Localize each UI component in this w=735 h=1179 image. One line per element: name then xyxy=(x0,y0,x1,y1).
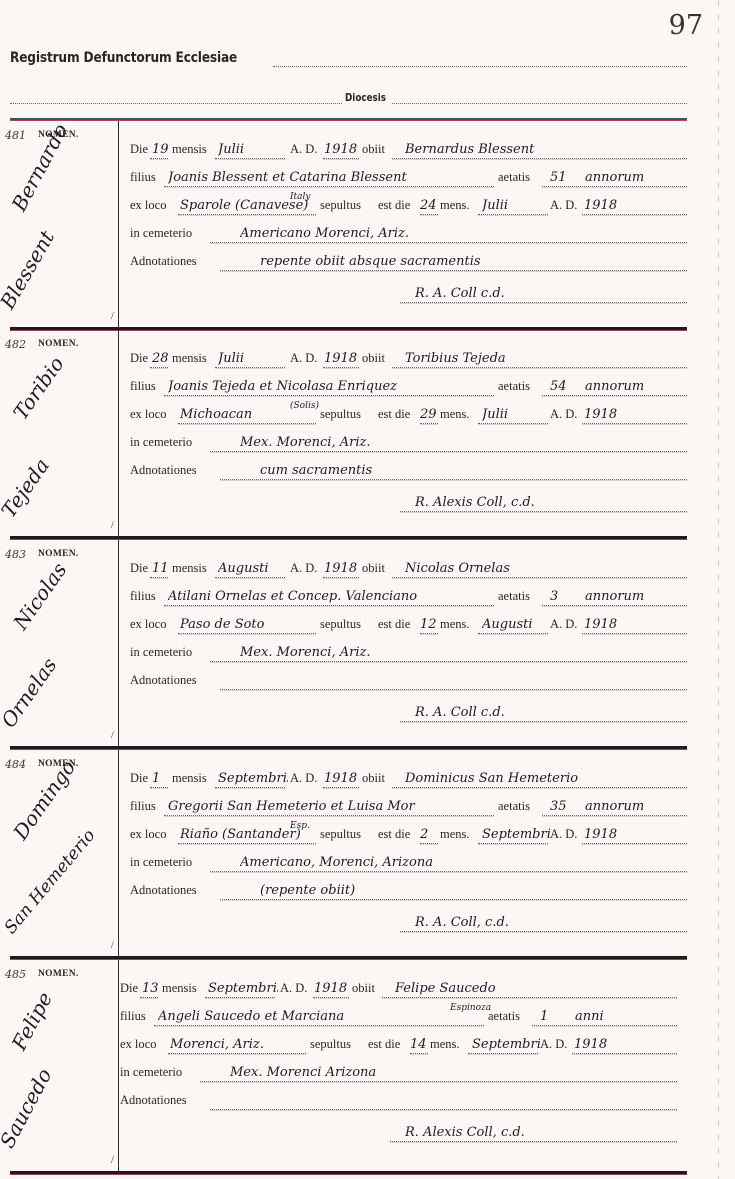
entry-rule xyxy=(10,1171,687,1174)
ex-loco-label: ex loco xyxy=(130,407,166,422)
burial-day: 24 xyxy=(420,198,440,213)
est-die-label: est die xyxy=(378,827,410,842)
mens-label: mens. xyxy=(440,617,470,632)
notes-row: Adnotationes (repente obiit) xyxy=(130,880,687,900)
mensis-label: mensis xyxy=(172,142,207,157)
parents-row: filius Atilani Ornelas et Concep. Valenc… xyxy=(130,586,687,606)
death-day: 13 xyxy=(142,981,160,996)
est-die-label: est die xyxy=(378,617,410,632)
filius-label: filius xyxy=(130,170,156,185)
parents-names: Atilani Ornelas et Concep. Valenciano xyxy=(168,589,493,604)
adnotationes-label: Adnotationes xyxy=(130,254,197,269)
cemetery-name: Mex. Morenci, Ariz. xyxy=(240,645,680,660)
check-mark: / xyxy=(111,940,114,951)
aetatis-label: aetatis xyxy=(488,1009,520,1024)
entry-number: 484 xyxy=(5,758,26,771)
filius-label: filius xyxy=(120,1009,146,1024)
sepultus-label: sepultus xyxy=(320,827,361,842)
cemetery-row: in cemeterio Mex. Morenci Arizona xyxy=(120,1062,677,1082)
ex-loco-label: ex loco xyxy=(130,827,166,842)
die-label: Die xyxy=(130,142,148,157)
death-day: 11 xyxy=(152,561,170,576)
origin-place: Morenci, Ariz. xyxy=(170,1037,306,1052)
ad-label: A. D. xyxy=(290,351,317,366)
burial-day: 29 xyxy=(420,407,440,422)
die-label: Die xyxy=(130,351,148,366)
adnotationes-label: Adnotationes xyxy=(130,883,197,898)
signature-row: R. A. Coll, c.d. xyxy=(130,912,687,932)
notes-row: Adnotationes xyxy=(120,1090,677,1110)
ad-label: A. D. xyxy=(280,981,307,996)
priest-signature: R. A. Coll, c.d. xyxy=(415,915,685,930)
burial-day: 14 xyxy=(410,1037,430,1052)
parents-names: Joanis Tejeda et Nicolasa Enriquez xyxy=(168,379,493,394)
sepultus-label: sepultus xyxy=(320,617,361,632)
filius-label: filius xyxy=(130,589,156,604)
entry-number: 481 xyxy=(5,129,26,142)
age-value: 35 xyxy=(550,799,580,814)
parents-names: Gregorii San Hemeterio et Luisa Mor xyxy=(168,799,493,814)
origin-burial-row: ex loco Michoacan (Solis) sepultus est d… xyxy=(130,404,687,424)
check-mark: / xyxy=(111,730,114,741)
ad-label: A. D. xyxy=(290,771,317,786)
death-date-row: Die 13 mensis Septembris A. D. 1918 obii… xyxy=(120,978,677,998)
parents-row: filius Gregorii San Hemeterio et Luisa M… xyxy=(130,796,687,816)
cemetery-name: Americano, Morenci, Arizona xyxy=(240,855,680,870)
death-day: 19 xyxy=(152,142,170,157)
obiit-label: obiit xyxy=(362,561,385,576)
parents-names: Angeli Saucedo et Marciana xyxy=(158,1009,483,1024)
ex-loco-label: ex loco xyxy=(120,1037,156,1052)
register-entry: 482 NOMEN. Toribio Tejeda / Die 28 mensi… xyxy=(0,330,735,540)
mens-label: mens. xyxy=(440,407,470,422)
notes-row: Adnotationes cum sacramentis xyxy=(130,460,687,480)
death-year: 1918 xyxy=(314,981,350,996)
entry-rule xyxy=(10,956,687,959)
aetatis-label: aetatis xyxy=(498,379,530,394)
notes-text: (repente obiit) xyxy=(260,883,680,898)
ex-loco-label: ex loco xyxy=(130,617,166,632)
burial-year: 1918 xyxy=(584,198,644,213)
side-last-name: Blessent xyxy=(0,226,59,313)
est-die-label: est die xyxy=(378,198,410,213)
burial-year: 1918 xyxy=(584,827,644,842)
burial-month: Julii xyxy=(482,407,550,422)
parents-names: Joanis Blessent et Catarina Blessent xyxy=(168,170,493,185)
death-date-row: Die 11 mensis Augusti A. D. 1918 obiit N… xyxy=(130,558,687,578)
notes-row: Adnotationes repente obiit absque sacram… xyxy=(130,251,687,271)
church-blank-line xyxy=(273,66,687,67)
ex-loco-label: ex loco xyxy=(130,198,166,213)
entry-number: 485 xyxy=(5,968,26,981)
deceased-name: Dominicus San Hemeterio xyxy=(405,771,687,786)
burial-month: Julii xyxy=(482,198,550,213)
diocese-label: Diocesis xyxy=(345,91,386,104)
burial-day: 2 xyxy=(420,827,440,842)
priest-signature: R. A. Coll c.d. xyxy=(415,286,685,301)
age-value: 1 xyxy=(540,1009,570,1024)
est-die-label: est die xyxy=(378,407,410,422)
death-month: Julii xyxy=(218,351,288,366)
register-entry: 484 NOMEN. Domingo San Hemeterio / Die 1… xyxy=(0,750,735,960)
diocese-blank-line-left xyxy=(10,103,342,104)
cemetery-label: in cemeterio xyxy=(130,855,192,870)
deceased-name: Nicolas Ornelas xyxy=(405,561,687,576)
signature-row: R. Alexis Coll, c.d. xyxy=(130,492,687,512)
notes-row: Adnotationes xyxy=(130,670,687,690)
est-die-label: est die xyxy=(368,1037,400,1052)
nomen-label: NOMEN. xyxy=(38,339,79,349)
notes-text: repente obiit absque sacramentis xyxy=(260,254,680,269)
side-last-name: Ornelas xyxy=(0,653,61,732)
burial-month: Septembris xyxy=(482,827,550,842)
cemetery-row: in cemeterio Americano Morenci, Ariz. xyxy=(130,223,687,243)
aetatis-label: aetatis xyxy=(498,170,530,185)
age-unit: annorum xyxy=(585,170,685,185)
check-mark: / xyxy=(111,311,114,322)
signature-row: R. A. Coll c.d. xyxy=(130,702,687,722)
sepultus-label: sepultus xyxy=(310,1037,351,1052)
obiit-label: obiit xyxy=(362,142,385,157)
parents-row: filius Joanis Blessent et Catarina Bless… xyxy=(130,167,687,187)
filius-label: filius xyxy=(130,379,156,394)
origin-burial-row: ex loco Morenci, Ariz. sepultus est die … xyxy=(120,1034,677,1054)
origin-burial-row: ex loco Riaño (Santander) Esp. sepultus … xyxy=(130,824,687,844)
burial-year: 1918 xyxy=(574,1037,634,1052)
death-month: Augusti xyxy=(218,561,288,576)
cemetery-label: in cemeterio xyxy=(130,645,192,660)
age-unit: annorum xyxy=(585,379,685,394)
entry-rule xyxy=(10,746,687,749)
register-entry: 483 NOMEN. Nicolas Ornelas / Die 11 mens… xyxy=(0,540,735,750)
filius-label: filius xyxy=(130,799,156,814)
mensis-label: mensis xyxy=(162,981,197,996)
burial-month: Augusti xyxy=(482,617,550,632)
cemetery-label: in cemeterio xyxy=(130,226,192,241)
burial-year: 1918 xyxy=(584,617,644,632)
deceased-name: Toribius Tejeda xyxy=(405,351,687,366)
burial-month: Septembris xyxy=(472,1037,540,1052)
column-divider xyxy=(118,330,119,537)
signature-row: R. A. Coll c.d. xyxy=(130,283,687,303)
mensis-label: mensis xyxy=(172,561,207,576)
origin-burial-row: ex loco Paso de Soto sepultus est die 12… xyxy=(130,614,687,634)
cemetery-name: Mex. Morenci, Ariz. xyxy=(240,435,680,450)
entry-rule xyxy=(10,536,687,539)
register-entry: 481 NOMEN. Bernardo Blessent / Die 19 me… xyxy=(0,121,735,331)
nomen-label: NOMEN. xyxy=(38,969,79,979)
die-label: Die xyxy=(130,561,148,576)
cemetery-name: Americano Morenci, Ariz. xyxy=(240,226,680,241)
cemetery-row: in cemeterio Americano, Morenci, Arizona xyxy=(130,852,687,872)
column-divider xyxy=(118,121,119,328)
cemetery-row: in cemeterio Mex. Morenci, Ariz. xyxy=(130,642,687,662)
check-mark: / xyxy=(111,520,114,531)
priest-signature: R. Alexis Coll, c.d. xyxy=(415,495,685,510)
sepultus-label: sepultus xyxy=(320,407,361,422)
ad-label: A. D. xyxy=(290,561,317,576)
age-value: 51 xyxy=(550,170,580,185)
mensis-label: mensis xyxy=(172,351,207,366)
burial-day: 12 xyxy=(420,617,440,632)
adnotationes-label: Adnotationes xyxy=(130,673,197,688)
origin-place: Paso de Soto xyxy=(180,617,316,632)
priest-signature: R. A. Coll c.d. xyxy=(415,705,685,720)
death-month: Julii xyxy=(218,142,288,157)
origin-burial-row: ex loco Sparole (Canavese) Italy sepultu… xyxy=(130,195,687,215)
parents-row: filius Joanis Tejeda et Nicolasa Enrique… xyxy=(130,376,687,396)
page-number: 97 xyxy=(669,10,703,41)
death-year: 1918 xyxy=(324,561,360,576)
side-last-name: Tejeda xyxy=(0,454,54,522)
side-last-name: San Hemeterio xyxy=(1,826,100,938)
aetatis-label: aetatis xyxy=(498,589,530,604)
die-label: Die xyxy=(130,771,148,786)
death-day: 1 xyxy=(152,771,170,786)
entry-number: 483 xyxy=(5,548,26,561)
ad-label-2: A. D. xyxy=(550,198,577,213)
check-mark: / xyxy=(111,1155,114,1166)
register-title: Registrum Defunctorum Ecclesiae xyxy=(10,50,237,66)
death-year: 1918 xyxy=(324,351,360,366)
die-label: Die xyxy=(120,981,138,996)
side-first-name: Toribio xyxy=(8,352,68,424)
mens-label: mens. xyxy=(440,827,470,842)
death-year: 1918 xyxy=(324,142,360,157)
side-first-name: Felipe xyxy=(7,988,57,1054)
cemetery-label: in cemeterio xyxy=(130,435,192,450)
obiit-label: obiit xyxy=(362,351,385,366)
mens-label: mens. xyxy=(430,1037,460,1052)
adnotationes-label: Adnotationes xyxy=(130,463,197,478)
ad-label-2: A. D. xyxy=(550,407,577,422)
burial-year: 1918 xyxy=(584,407,644,422)
death-year: 1918 xyxy=(324,771,360,786)
column-divider xyxy=(118,960,119,1172)
ad-label-2: A. D. xyxy=(550,827,577,842)
obiit-label: obiit xyxy=(362,771,385,786)
death-date-row: Die 28 mensis Julii A. D. 1918 obiit Tor… xyxy=(130,348,687,368)
sepultus-label: sepultus xyxy=(320,198,361,213)
header-rule xyxy=(10,118,687,120)
cemetery-row: in cemeterio Mex. Morenci, Ariz. xyxy=(130,432,687,452)
age-unit: annorum xyxy=(585,799,685,814)
age-value: 3 xyxy=(550,589,580,604)
death-date-row: Die 1 mensis Septembris A. D. 1918 obiit… xyxy=(130,768,687,788)
side-last-name: Saucedo xyxy=(0,1064,57,1152)
mensis-label: mensis xyxy=(172,771,207,786)
deceased-name: Felipe Saucedo xyxy=(395,981,677,996)
priest-signature: R. Alexis Coll, c.d. xyxy=(405,1125,675,1140)
deceased-name: Bernardus Blessent xyxy=(405,142,687,157)
register-entry: 485 NOMEN. Felipe Saucedo / Die 13 mensi… xyxy=(0,960,735,1175)
parents-row: filius Angeli Saucedo et Marciana Espino… xyxy=(120,1006,677,1026)
age-value: 54 xyxy=(550,379,580,394)
cemetery-label: in cemeterio xyxy=(120,1065,182,1080)
notes-text: cum sacramentis xyxy=(260,463,680,478)
death-month: Septembris xyxy=(208,981,278,996)
death-month: Septembris xyxy=(218,771,288,786)
column-divider xyxy=(118,750,119,957)
age-unit: annorum xyxy=(585,589,685,604)
nomen-label: NOMEN. xyxy=(38,549,79,559)
mens-label: mens. xyxy=(440,198,470,213)
side-first-name: Nicolas xyxy=(8,558,71,634)
obiit-label: obiit xyxy=(352,981,375,996)
cemetery-name: Mex. Morenci Arizona xyxy=(230,1065,670,1080)
diocese-blank-line-right xyxy=(392,103,687,104)
register-page: 97 Registrum Defunctorum Ecclesiae Dioce… xyxy=(0,0,735,1179)
ad-label-2: A. D. xyxy=(550,617,577,632)
signature-row: R. Alexis Coll, c.d. xyxy=(120,1122,677,1142)
aetatis-label: aetatis xyxy=(498,799,530,814)
death-day: 28 xyxy=(152,351,170,366)
age-unit: anni xyxy=(575,1009,675,1024)
ad-label-2: A. D. xyxy=(540,1037,567,1052)
death-date-row: Die 19 mensis Julii A. D. 1918 obiit Ber… xyxy=(130,139,687,159)
column-divider xyxy=(118,540,119,747)
ad-label: A. D. xyxy=(290,142,317,157)
entry-number: 482 xyxy=(5,338,26,351)
adnotationes-label: Adnotationes xyxy=(120,1093,187,1108)
